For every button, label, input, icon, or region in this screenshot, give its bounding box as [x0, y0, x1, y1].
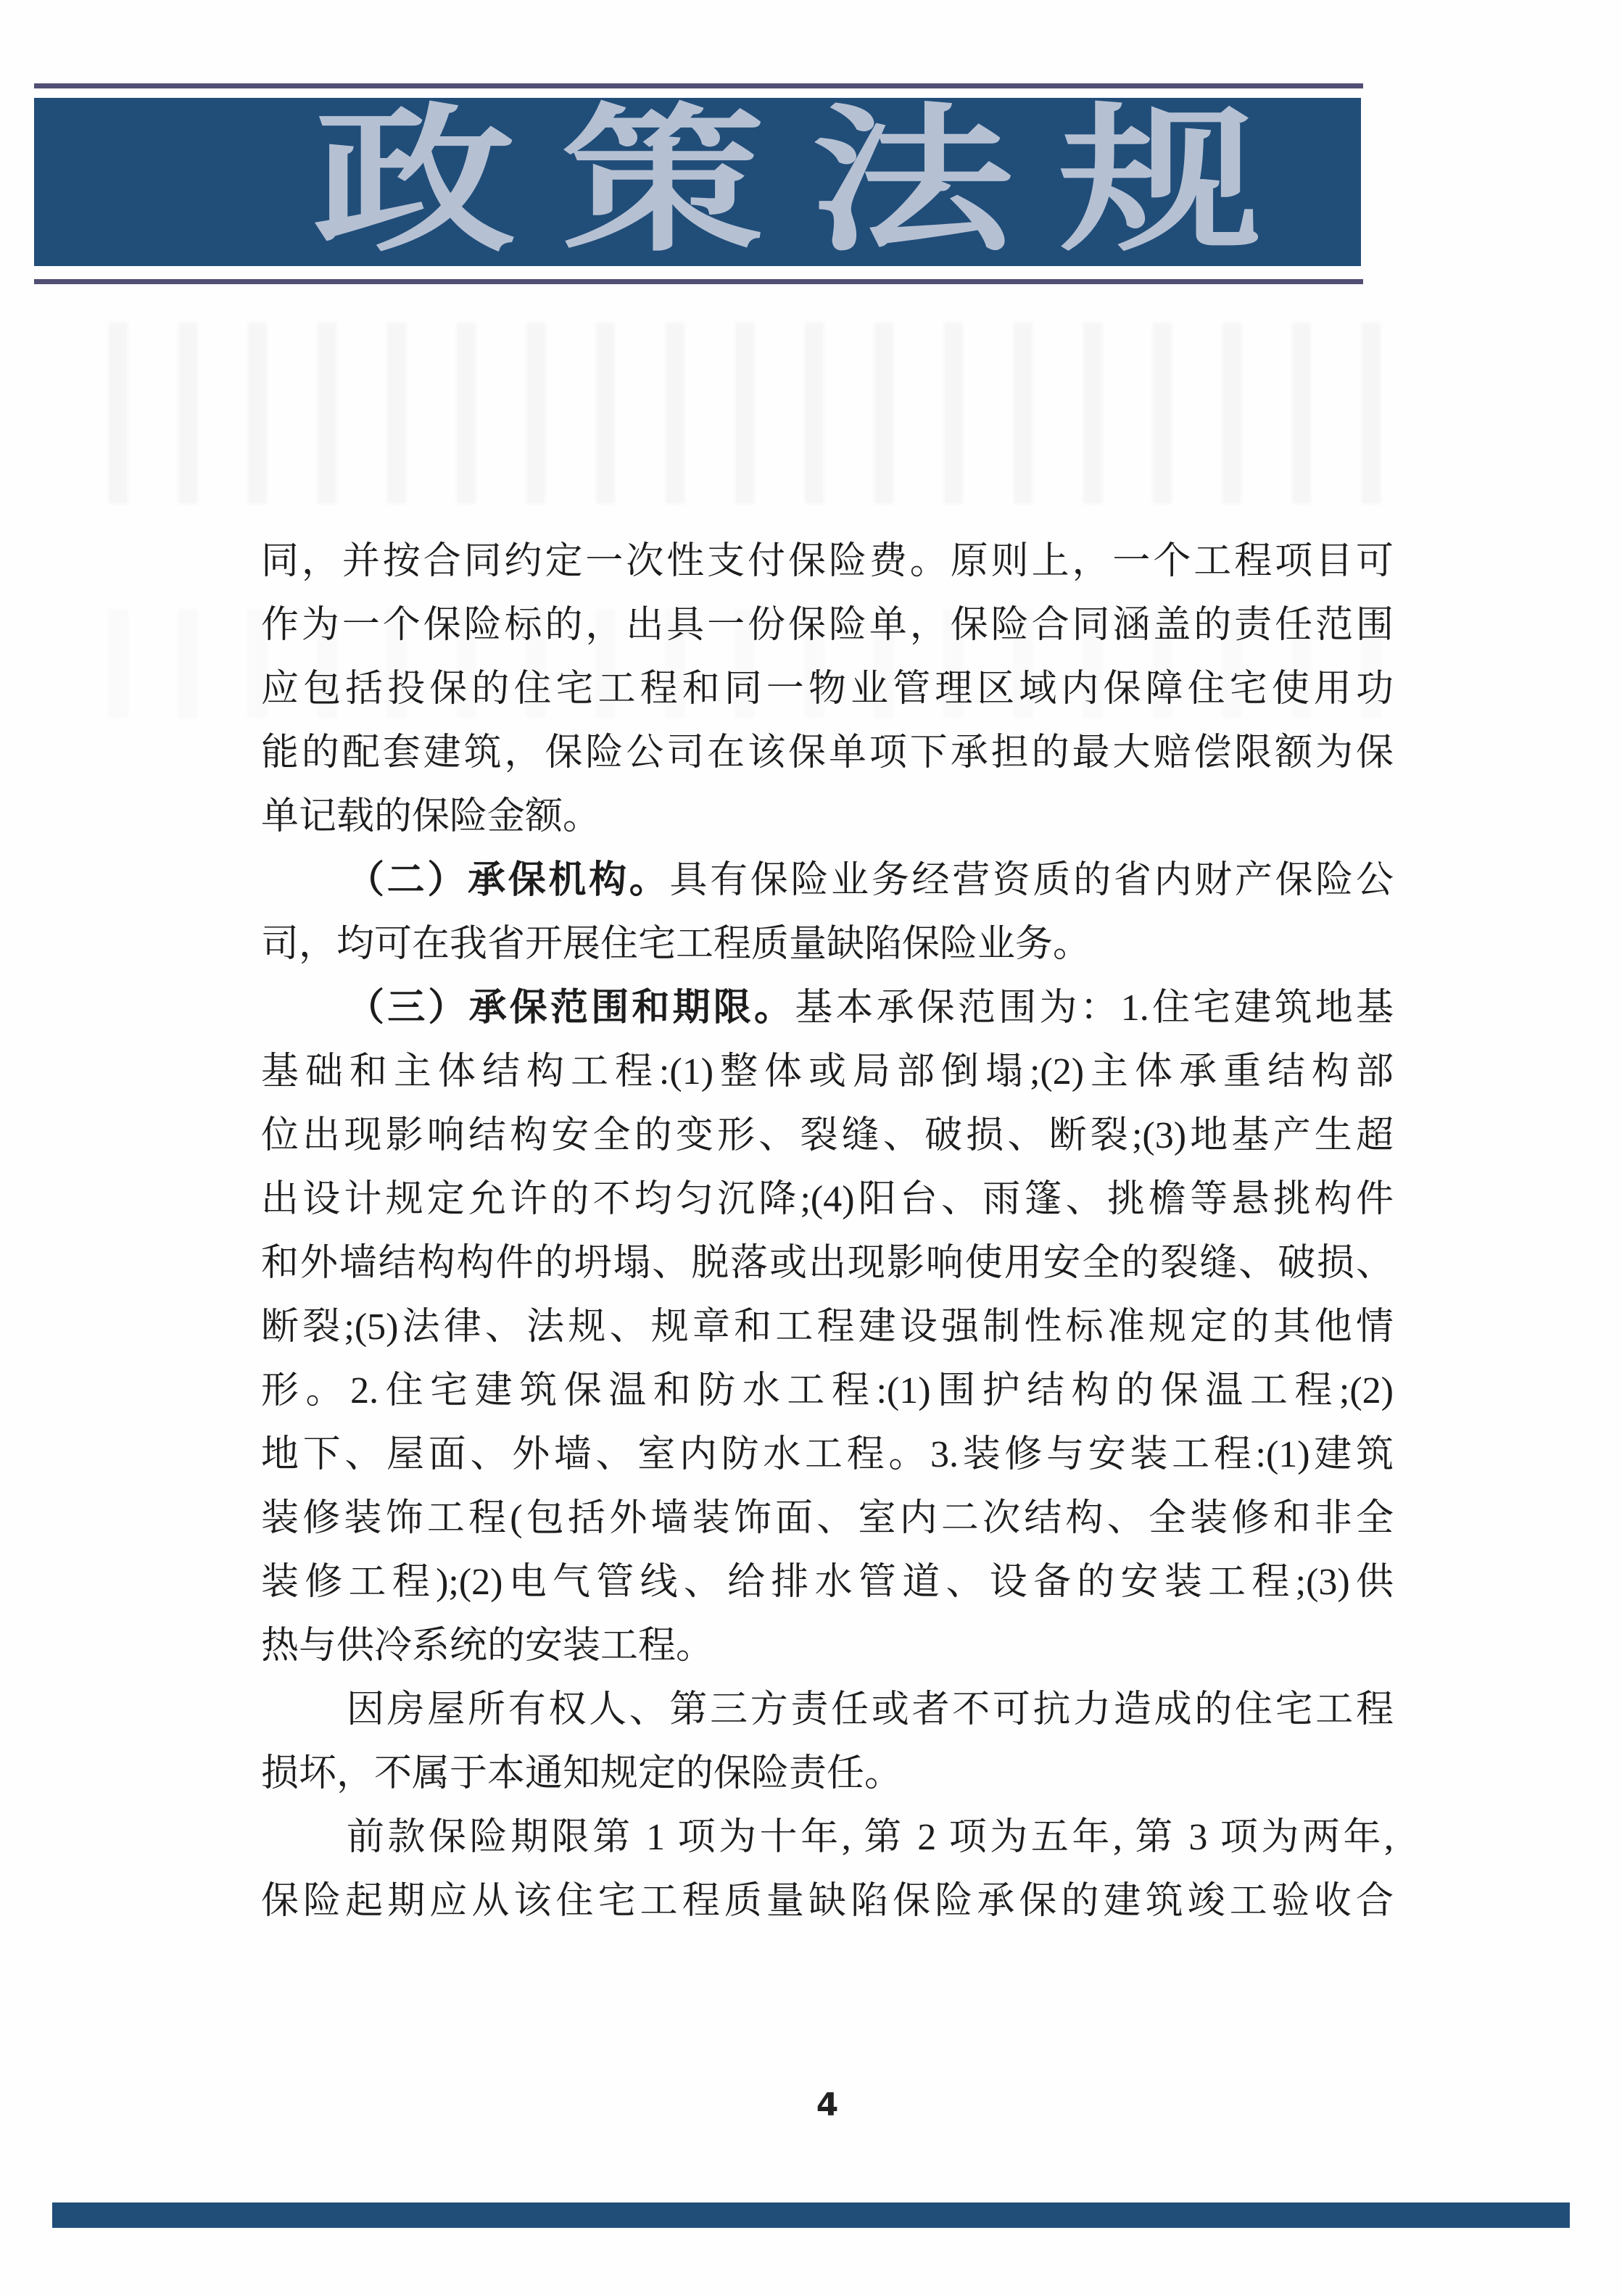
line-text: 热与供冷系统的安装工程。: [261, 1625, 713, 1667]
line-text: 形。2.住宅建筑保温和防水工程:(1)围护结构的保温工程;(2): [261, 1370, 1394, 1412]
text-line: 同，并按合同约定一次性支付保险费。原则上，一个工程项目可: [261, 530, 1394, 594]
text-line: 和外墙结构构件的坍塌、脱落或出现影响使用安全的裂缝、破损、: [261, 1232, 1394, 1296]
body-text: 同，并按合同约定一次性支付保险费。原则上，一个工程项目可作为一个保险标的，出具一…: [261, 530, 1394, 1934]
text-line: 断裂;(5)法律、法规、规章和工程建设强制性标准规定的其他情: [261, 1296, 1394, 1359]
line-text: 位出现影响结构安全的变形、裂缝、破损、断裂;(3)地基产生超: [261, 1115, 1394, 1156]
text-line: （二）承保机构。具有保险业务经营资质的省内财产保险公: [261, 849, 1394, 913]
line-text: 能的配套建筑，保险公司在该保单项下承担的最大赔偿限额为保: [261, 732, 1394, 774]
text-line: 地下、屋面、外墙、室内防水工程。3.装修与安装工程:(1)建筑: [261, 1423, 1394, 1487]
document-page: 政策法规 同，并按合同约定一次性支付保险费。原则上，一个工程项目可作为一个保险标…: [0, 0, 1622, 2296]
line-heading: （二）承保机构。: [347, 860, 669, 901]
line-text: 具有保险业务经营资质的省内财产保险公: [669, 860, 1394, 901]
text-line: 应包括投保的住宅工程和同一物业管理区域内保障住宅使用功: [261, 658, 1394, 721]
header-bottom-rule: [34, 279, 1363, 284]
line-text: 装修装饰工程(包括外墙装饰面、室内二次结构、全装修和非全: [261, 1498, 1394, 1539]
text-line: 因房屋所有权人、第三方责任或者不可抗力造成的住宅工程: [261, 1678, 1394, 1742]
line-text: 司，均可在我省开展住宅工程质量缺陷保险业务。: [261, 924, 1091, 965]
line-text: 作为一个保险标的，出具一份保险单，保险合同涵盖的责任范围: [261, 605, 1394, 646]
text-line: 保险起期应从该住宅工程质量缺陷保险承保的建筑竣工验收合: [261, 1870, 1394, 1934]
line-text: 因房屋所有权人、第三方责任或者不可抗力造成的住宅工程: [347, 1689, 1394, 1731]
line-text: 单记载的保险金额。: [261, 796, 600, 837]
text-line: 损坏，不属于本通知规定的保险责任。: [261, 1742, 1394, 1806]
line-text: 损坏，不属于本通知规定的保险责任。: [261, 1753, 902, 1794]
line-text: 和外墙结构构件的坍塌、脱落或出现影响使用安全的裂缝、破损、: [261, 1243, 1394, 1284]
line-text: 基本承保范围为：1.住宅建筑地基: [795, 987, 1394, 1029]
line-text: 装修工程);(2)电气管线、给排水管道、设备的安装工程;(3)供: [261, 1562, 1394, 1603]
text-line: 作为一个保险标的，出具一份保险单，保险合同涵盖的责任范围: [261, 594, 1394, 658]
line-text: 地下、屋面、外墙、室内防水工程。3.装修与安装工程:(1)建筑: [261, 1434, 1394, 1475]
text-line: 能的配套建筑，保险公司在该保单项下承担的最大赔偿限额为保: [261, 721, 1394, 785]
line-text: 保险起期应从该住宅工程质量缺陷保险承保的建筑竣工验收合: [261, 1881, 1394, 1922]
text-line: 司，均可在我省开展住宅工程质量缺陷保险业务。: [261, 913, 1394, 977]
page-number: 4: [261, 2086, 1394, 2123]
text-line: （三）承保范围和期限。基本承保范围为：1.住宅建筑地基: [261, 977, 1394, 1040]
line-text: 同，并按合同约定一次性支付保险费。原则上，一个工程项目可: [261, 541, 1394, 582]
footer-bar: [52, 2202, 1570, 2228]
text-line: 单记载的保险金额。: [261, 785, 1394, 849]
text-line: 形。2.住宅建筑保温和防水工程:(1)围护结构的保温工程;(2): [261, 1359, 1394, 1423]
line-text: 断裂;(5)法律、法规、规章和工程建设强制性标准规定的其他情: [261, 1306, 1394, 1348]
line-text: 应包括投保的住宅工程和同一物业管理区域内保障住宅使用功: [261, 668, 1394, 710]
text-line: 位出现影响结构安全的变形、裂缝、破损、断裂;(3)地基产生超: [261, 1104, 1394, 1168]
text-line: 装修装饰工程(包括外墙装饰面、室内二次结构、全装修和非全: [261, 1487, 1394, 1551]
section-banner: 政策法规: [34, 98, 1361, 266]
section-title: 政策法规: [313, 101, 1308, 263]
text-line: 前款保险期限第 1 项为十年, 第 2 项为五年, 第 3 项为两年,: [261, 1806, 1394, 1870]
text-line: 基础和主体结构工程:(1)整体或局部倒塌;(2)主体承重结构部: [261, 1040, 1394, 1104]
line-text: 基础和主体结构工程:(1)整体或局部倒塌;(2)主体承重结构部: [261, 1051, 1394, 1093]
bleedthrough-artifact: [109, 323, 1414, 504]
line-heading: （三）承保范围和期限。: [347, 987, 795, 1029]
text-line: 装修工程);(2)电气管线、给排水管道、设备的安装工程;(3)供: [261, 1551, 1394, 1615]
text-line: 热与供冷系统的安装工程。: [261, 1615, 1394, 1678]
line-text: 前款保险期限第 1 项为十年, 第 2 项为五年, 第 3 项为两年,: [347, 1817, 1394, 1858]
line-text: 出设计规定允许的不均匀沉降;(4)阳台、雨篷、挑檐等悬挑构件: [261, 1179, 1394, 1220]
header-top-rule: [34, 83, 1363, 88]
text-line: 出设计规定允许的不均匀沉降;(4)阳台、雨篷、挑檐等悬挑构件: [261, 1168, 1394, 1232]
